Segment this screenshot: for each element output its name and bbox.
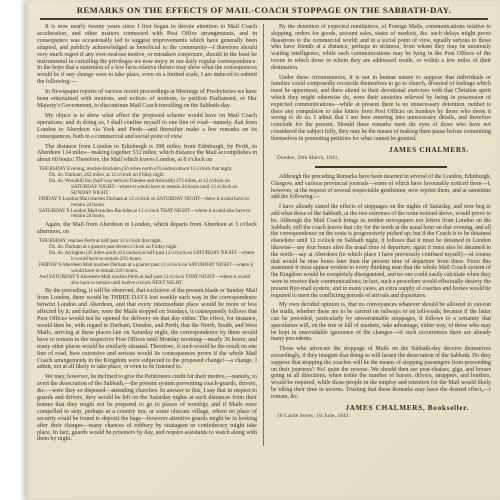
signature: JAMES CHALMERS, Bookseller. xyxy=(271,404,491,412)
paragraph: Again, the Mail from Aberdeen to London,… xyxy=(37,222,257,236)
signature: JAMES CHALMERS. xyxy=(271,146,491,154)
dateline: Dundee, 26th March, 1841. xyxy=(277,155,491,161)
dateline: 10 Castle Street, 1st June, 1841. xyxy=(277,413,491,419)
left-column: It is now nearly twenty years since I fi… xyxy=(37,24,264,446)
scan-background: REMARKS ON THE EFFECTS OF MAIL-COACH STO… xyxy=(0,0,500,500)
document-page: REMARKS ON THE EFFECTS OF MAIL-COACH STO… xyxy=(26,0,500,500)
two-column-body: It is now nearly twenty years since I fi… xyxy=(37,24,491,446)
paragraph: I have already stated the effects of sto… xyxy=(271,204,491,299)
paragraph: The distance from London to Edinburgh is… xyxy=(37,144,257,165)
paragraph: My object is to shew what effect the pro… xyxy=(37,113,257,141)
mail-schedule-southbound: THURSDAY Evening, reaches Buckden (56 mi… xyxy=(37,167,257,220)
schedule-line: Do. do. Woodhill Inn (half-way betwixt D… xyxy=(37,179,257,197)
schedule-line: FRIDAY'S London Mail reaches Durham at 1… xyxy=(37,197,257,209)
schedule-line: SATURDAY'S London Mail reaches Buckden a… xyxy=(37,209,257,221)
schedule-line: And SATURDAY'S Aberdeen Mail reaches Per… xyxy=(37,275,257,287)
paragraph: It is now nearly twenty years since I fi… xyxy=(37,24,257,86)
paragraph: My own decided opinion is, that no conve… xyxy=(271,302,491,343)
section-divider-rule xyxy=(315,166,447,169)
title-rule xyxy=(40,18,488,20)
paragraph: By the detention of expected remittances… xyxy=(271,24,491,72)
schedule-line: FRIDAY'S Aberdeen Mail reaches Durham at… xyxy=(37,263,257,275)
paragraph: In Newspaper reports of various recent p… xyxy=(37,89,257,110)
paragraph: Under these circumstances, it is not in … xyxy=(271,75,491,143)
paragraph: Those who advocate the stoppage of Mails… xyxy=(271,346,491,400)
page-title: REMARKS ON THE EFFECTS OF MAIL-COACH STO… xyxy=(37,3,491,17)
right-column: By the detention of expected remittances… xyxy=(264,24,491,446)
mail-schedule-northbound: THURSDAY, reaches Perth at half-past 12 … xyxy=(37,239,257,286)
paragraph: By the preceding, it will be observed, t… xyxy=(37,288,257,371)
paragraph: Although the preceding Remarks have been… xyxy=(271,174,491,201)
paragraph: We may, however, be inclined to give the… xyxy=(37,374,257,443)
